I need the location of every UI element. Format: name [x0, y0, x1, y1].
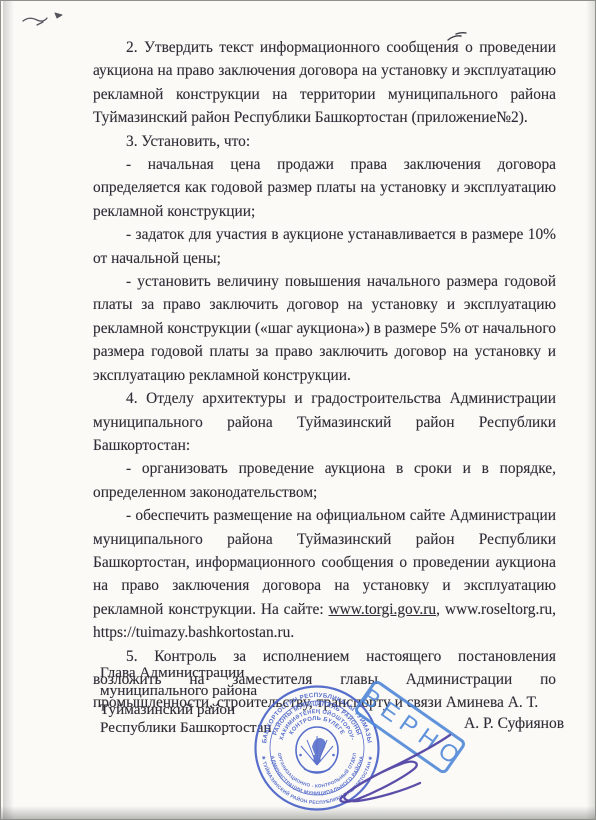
- signer-role-line: Глава Администрации: [100, 664, 272, 682]
- paragraph-approve-text: 2. Утвердить текст информационного сообщ…: [93, 36, 556, 130]
- paragraph-publish-websites: - обеспечить размещение на официальном с…: [93, 504, 556, 644]
- paragraph-deposit: - задаток для участия в аукционе устанав…: [93, 223, 556, 270]
- signer-role-line: муниципального района: [100, 682, 272, 700]
- pen-scribble-top-left: [23, 18, 47, 25]
- scan-shadow-right: [586, 1, 595, 819]
- scan-shadow-left: [3, 1, 14, 819]
- pen-scribble-top-left-dot: [55, 13, 62, 18]
- paragraph-organize-auction: - организовать проведение аукциона в сро…: [93, 457, 556, 504]
- torgi-gov-url: www.torgi.gov.ru: [329, 601, 437, 618]
- document-body-text: 2. Утвердить текст информационного сообщ…: [93, 36, 556, 715]
- signer-name: А. Р. Суфиянов: [464, 715, 564, 733]
- scanned-document-page: 2. Утвердить текст информационного сообщ…: [0, 0, 596, 820]
- signature-block: Глава Администрации муниципального район…: [100, 664, 272, 737]
- paragraph-establish-heading: 3. Установить, что:: [93, 130, 556, 153]
- paragraph-start-price: - начальная цена продажи права заключени…: [93, 153, 556, 223]
- bashkortostan-emblem-icon: [296, 727, 338, 773]
- paragraph-auction-step: - установить величину повышения начально…: [93, 270, 556, 387]
- paragraph-architecture-dept: 4. Отделу архитектуры и градостроительст…: [93, 387, 556, 457]
- signer-role-line: Туймазинский район: [100, 701, 272, 719]
- signer-role-line: Республики Башкортостан: [100, 719, 272, 737]
